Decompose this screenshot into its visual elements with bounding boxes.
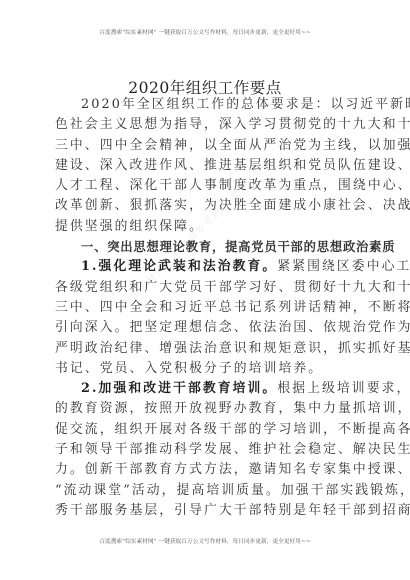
item1-line: 引向深入。把坚定理想信念、依法治国、依规治党作为必修课， xyxy=(55,318,359,338)
intro-line: 改革创新、狠抓落实，为决胜全面建成小康社会、决战脱贫攻坚 xyxy=(55,196,359,216)
item1-first-line: 1.强化理论武装和法治教育。紧紧围绕区委中心工作，组织 xyxy=(55,257,359,277)
item1-title: 1.强化理论武装和法治教育。 xyxy=(81,259,277,274)
item2-line: 子和领导干部推动科学发展、维护社会稳定、解决民生问题的能 xyxy=(55,440,359,460)
item2-line: 的教育资源，按照开放视野办教育，集中力量抓培训，专题研讨 xyxy=(55,399,359,419)
intro-line: 色社会主义思想为指导，深入学习贯彻党的十九大和十九届二中 xyxy=(55,115,359,135)
item2-text: 根据上级培训要求，依托XX xyxy=(277,381,410,396)
item1-line: 三中、四中全会和习近平总书记系列讲话精神，不断将学习培训 xyxy=(55,298,359,318)
intro-line: 提供坚强的组织保障。 xyxy=(55,217,359,237)
item1-text: 紧紧围绕区委中心工作，组织 xyxy=(277,259,410,274)
intro-line: 三中、四中全会精神，以全面从严治党为主线，以加强思想理论 xyxy=(55,136,359,156)
item2-first-line: 2.加强和改进干部教育培训。根据上级培训要求，依托XX xyxy=(55,379,359,399)
document-body: 2020年全区组织工作的总体要求是：以习近平新时代中国特 色社会主义思想为指导，… xyxy=(55,95,359,521)
item2-title: 2.加强和改进干部教育培训。 xyxy=(81,381,277,396)
intro-line: 建设、深入改进作风、推进基层组织和党员队伍建设、大力实施 xyxy=(55,156,359,176)
item2-line: 促交流，组织开展对各级干部的学习培训，不断提高各级领导班 xyxy=(55,420,359,440)
item1-line: 书记、党员、入党积极分子的培训培养。 xyxy=(55,359,359,379)
item1-line: 严明政治纪律、增强法治意识和规矩意识，抓实抓好基层党组织 xyxy=(55,339,359,359)
item1-line: 各级党组织和广大党员干部学习好、贯彻好十九大和十九届二中 xyxy=(55,278,359,298)
item2-line: “流动课堂”活动，提高培训质量。加强干部实践锻炼，抽调优 xyxy=(55,481,359,501)
section-heading: 一、突出思想理论教育，提高党员干部的思想政治素质 xyxy=(55,237,359,257)
promo-footer: 百度搜索“综实素材网” 一键获取百万公文写作材料，每日同步更新，更全更好用~~ xyxy=(0,537,410,545)
promo-header: 百度搜索“综实素材网” 一键获取百万公文写作材料，每日同步更新，更全更好用~~ xyxy=(0,28,410,36)
intro-line: 2020年全区组织工作的总体要求是：以习近平新时代中国特 xyxy=(55,95,359,115)
item2-line: 秀干部服务基层，引导广大干部特别是年轻干部到招商引资、项 xyxy=(55,501,359,521)
intro-line: 人才工程、深化干部人事制度改革为重点，围绕中心、服务大局 xyxy=(55,176,359,196)
item2-line: 力。创新干部教育方式方法，邀请知名专家集中授课、继续开展 xyxy=(55,460,359,480)
